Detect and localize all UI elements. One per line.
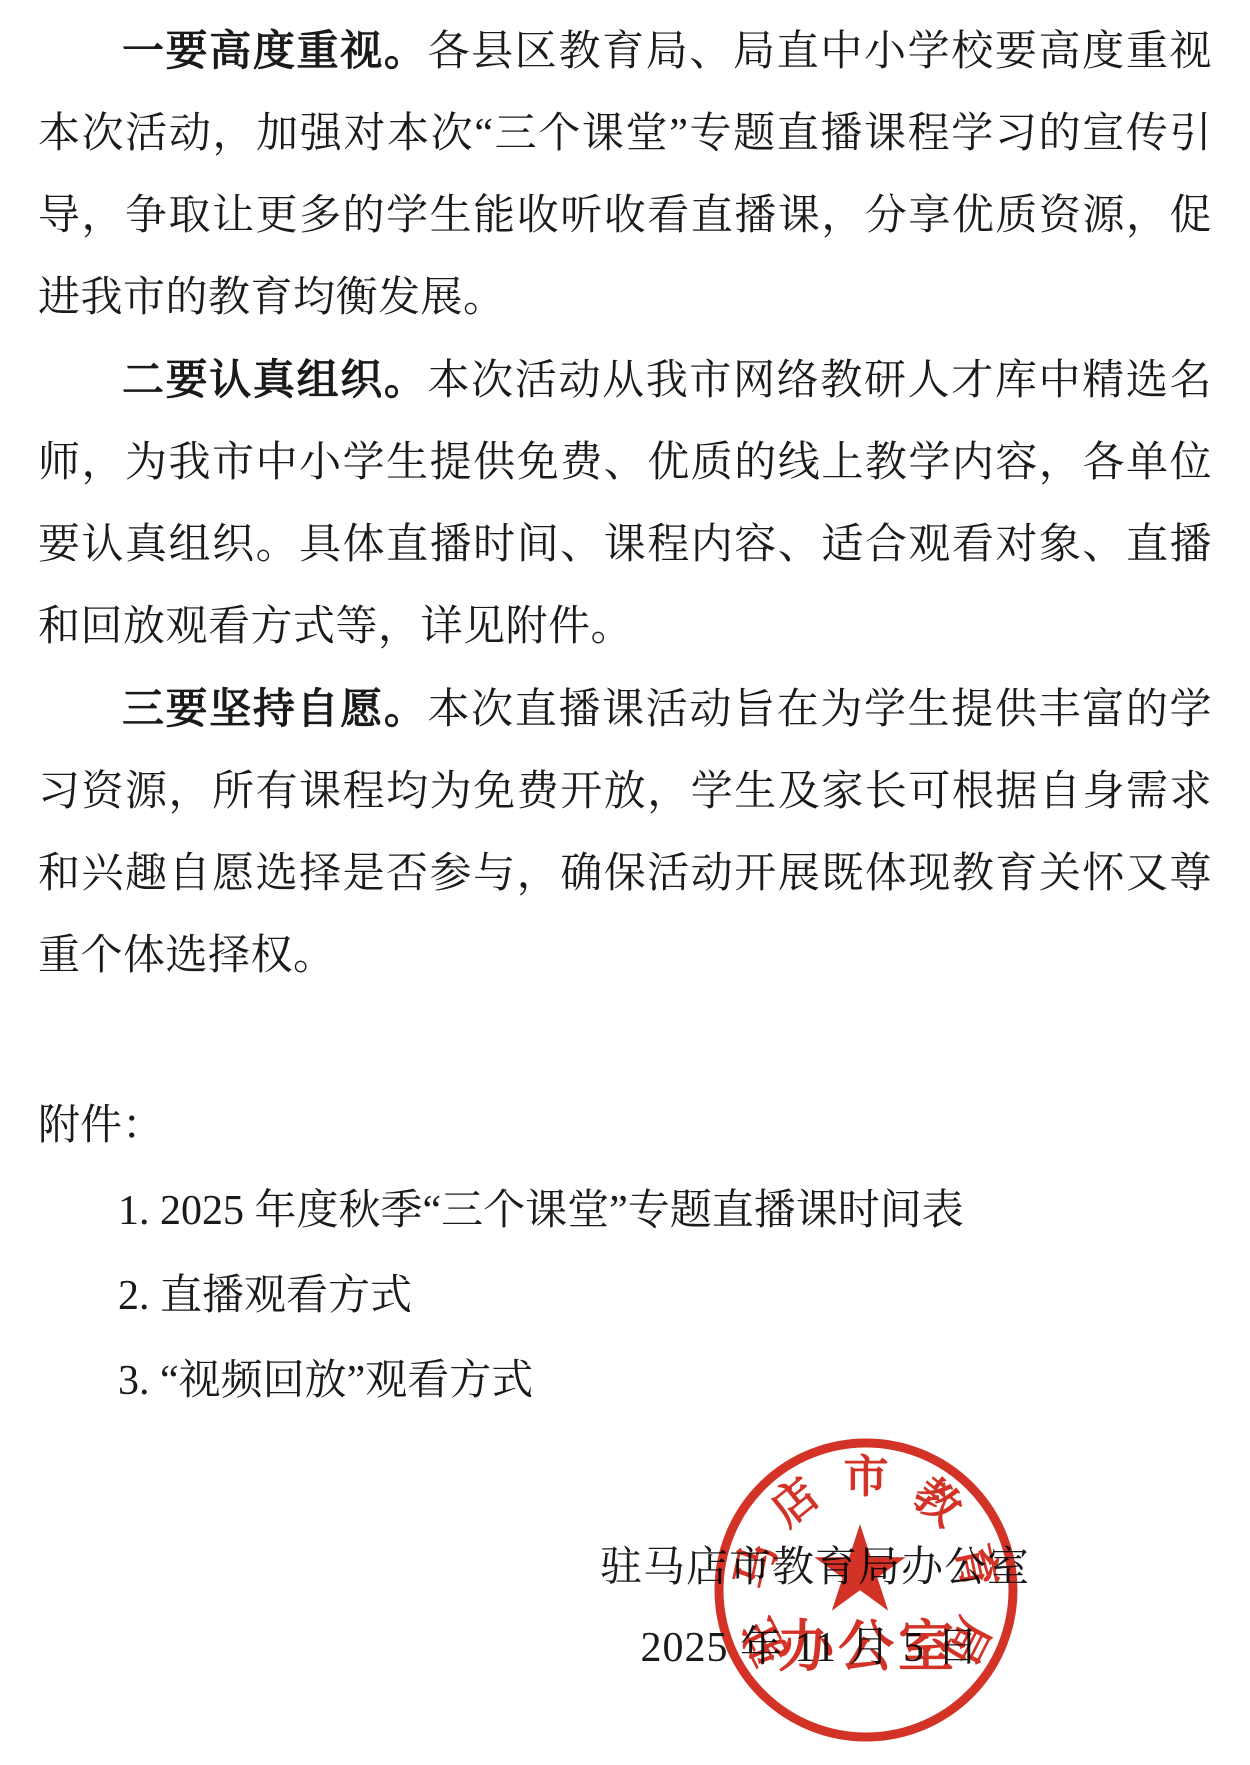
attachment-item-1: 1. 2025 年度秋季“三个课堂”专题直播课时间表 <box>38 1169 1212 1254</box>
attachments-label: 附件： <box>38 1084 1212 1169</box>
seal-arc-char-6: 育 <box>947 1539 1005 1593</box>
official-seal: 驻 马 店 市 教 育 局 办公室 <box>701 1425 1031 1755</box>
seal-arc-char-2: 马 <box>727 1539 785 1593</box>
attachments-section: 附件： 1. 2025 年度秋季“三个课堂”专题直播课时间表 2. 直播观看方式… <box>38 1084 1212 1424</box>
document-page: 一要高度重视。各县区教育局、局直中小学校要高度重视本次活动，加强对本次“三个课堂… <box>0 0 1250 1765</box>
paragraph-3-lead: 三要坚持自愿。 <box>122 685 428 732</box>
paragraph-1: 一要高度重视。各县区教育局、局直中小学校要高度重视本次活动，加强对本次“三个课堂… <box>38 10 1212 339</box>
seal-bottom-text: 办公室 <box>778 1617 958 1679</box>
paragraph-2-lead: 二要认真组织。 <box>122 356 428 403</box>
paragraph-2: 二要认真组织。本次活动从我市网络教研人才库中精选名师，为我市中小学生提供免费、优… <box>38 339 1212 668</box>
attachment-item-2: 2. 直播观看方式 <box>38 1254 1212 1339</box>
document-body: 一要高度重视。各县区教育局、局直中小学校要高度重视本次活动，加强对本次“三个课堂… <box>38 10 1212 997</box>
seal-arc-char-4: 市 <box>843 1452 888 1502</box>
attachment-item-3: 3. “视频回放”观看方式 <box>38 1339 1212 1424</box>
star-icon <box>814 1524 905 1611</box>
paragraph-1-lead: 一要高度重视。 <box>122 27 428 74</box>
paragraph-3: 三要坚持自愿。本次直播课活动旨在为学生提供丰富的学习资源，所有课程均为免费开放，… <box>38 668 1212 997</box>
